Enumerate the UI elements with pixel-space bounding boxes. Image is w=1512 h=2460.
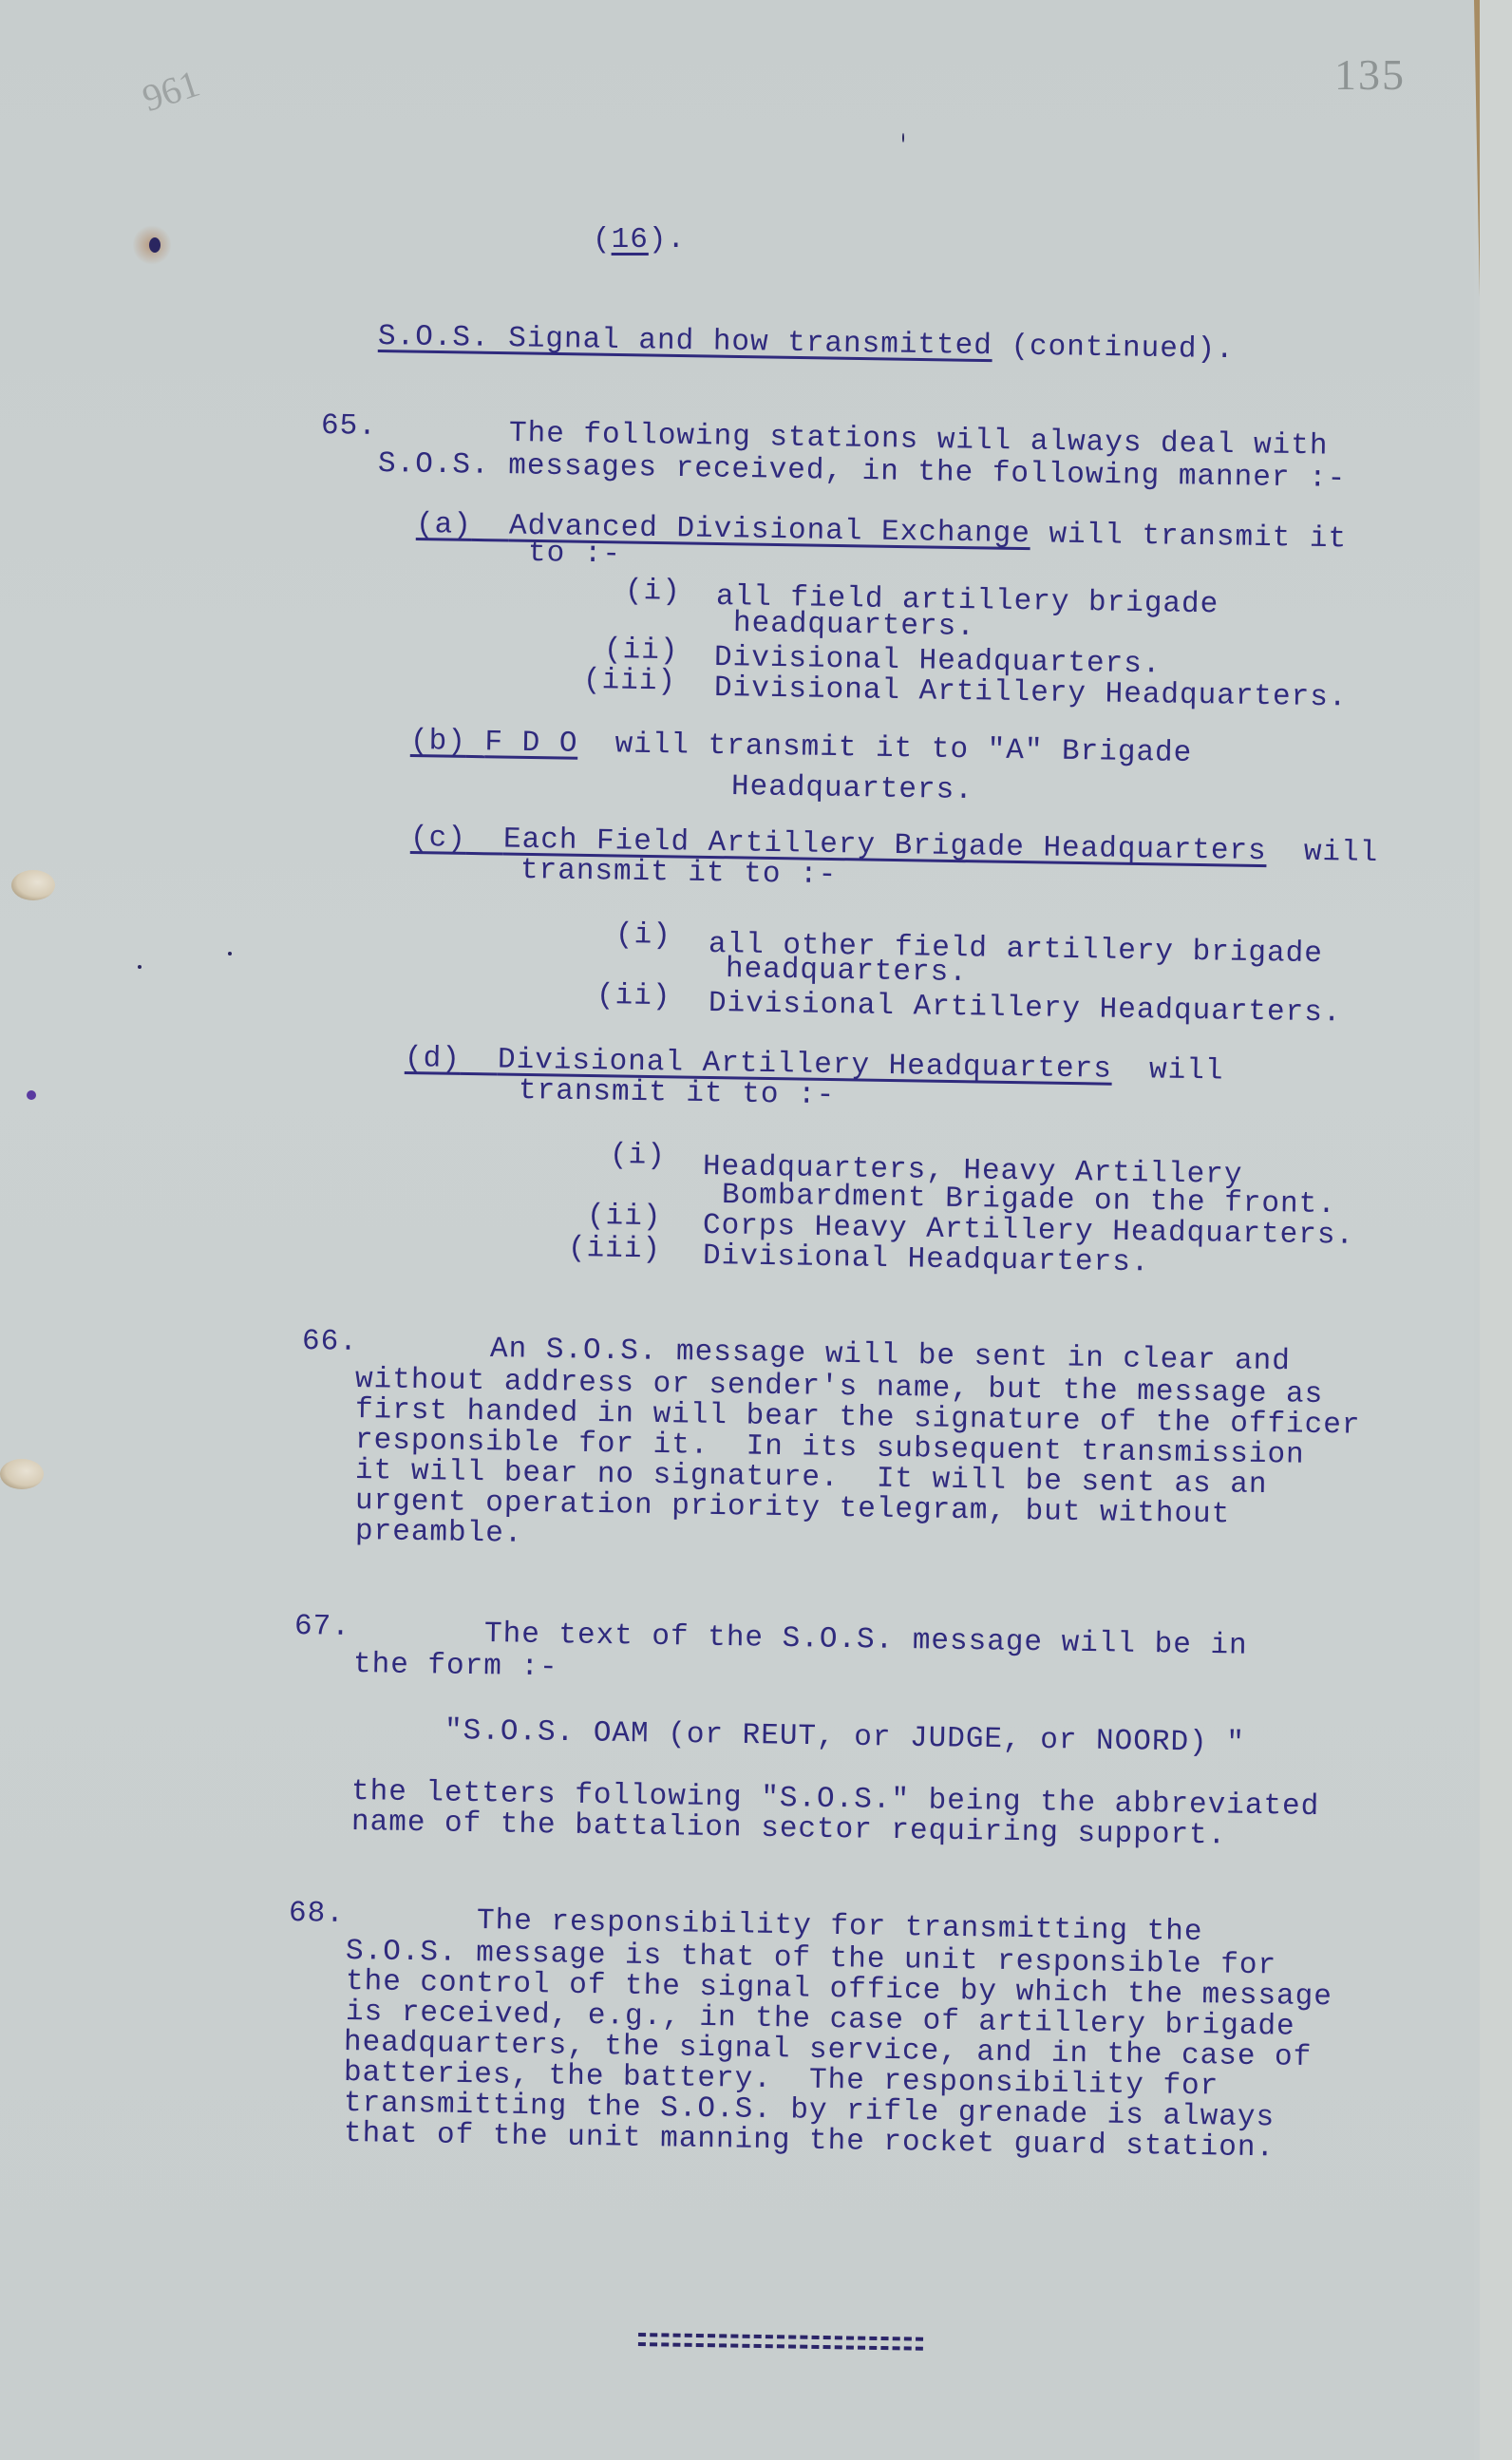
sub-num: (iii) <box>583 665 677 699</box>
sub-text-cont: headquarters. <box>726 954 968 990</box>
sub-num: (i) <box>625 576 681 609</box>
archive-number: 961 <box>137 61 205 121</box>
item-tail: will <box>1266 835 1378 870</box>
sub-text: Divisional Headquarters. <box>703 1240 1150 1279</box>
item-marker: (c) <box>410 822 466 856</box>
section-heading: S.O.S. Signal and how transmitted (conti… <box>378 321 1235 367</box>
sub-text-cont: headquarters. <box>733 608 975 644</box>
sub-num: (i) <box>610 1140 666 1173</box>
item-title: F D O <box>484 726 578 761</box>
para-66-line: preamble. <box>355 1516 523 1551</box>
punch-hole-icon <box>0 1459 44 1489</box>
punch-hole-icon <box>11 870 55 900</box>
ink-blot <box>27 1090 36 1100</box>
page-number: (16). <box>593 224 686 256</box>
ink-blot <box>149 237 161 253</box>
item-a-cont: to :- <box>528 538 622 572</box>
item-d-cont: transmit it to :- <box>519 1075 836 1112</box>
item-c-cont: transmit it to :- <box>520 855 838 892</box>
page-number-value: 16 <box>612 223 649 256</box>
ink-speck <box>138 965 142 969</box>
item-marker: (a) <box>416 508 472 542</box>
sub-text: Divisional Artillery Headquarters. <box>714 672 1348 714</box>
item-b: (b) F D O will transmit it to "A" Brigad… <box>410 726 1193 770</box>
sub-num: (ii) <box>587 1201 662 1234</box>
end-rule-divider <box>638 2333 923 2351</box>
heading-title: S.O.S. Signal and how transmitted <box>378 320 992 363</box>
document-page: 961 135 (16). S.O.S. Signal and how tran… <box>0 0 1474 2460</box>
para-65-number: 65. <box>321 410 377 444</box>
para-67-line: the form :- <box>353 1649 558 1684</box>
folio-number: 135 <box>1334 49 1406 100</box>
item-tail: will transmit it <box>1030 518 1348 556</box>
item-marker: (d) <box>405 1042 461 1076</box>
para-68-number: 68. <box>289 1898 345 1931</box>
para-67-line: The text of the S.O.S. message will be i… <box>484 1618 1248 1663</box>
ink-speck <box>902 133 904 142</box>
sub-num: (i) <box>615 919 671 953</box>
underlying-page <box>1480 0 1512 2460</box>
item-marker: (b) <box>410 725 466 759</box>
sub-text: Divisional Artillery Headquarters. <box>709 988 1342 1030</box>
sub-num: (ii) <box>604 634 679 668</box>
sos-message-format: "S.O.S. OAM (or REUT, or JUDGE, or NOORD… <box>444 1715 1245 1760</box>
ink-speck <box>228 952 232 956</box>
para-67-number: 67. <box>294 1611 350 1644</box>
heading-suffix: (continued). <box>992 330 1235 367</box>
sub-num: (ii) <box>596 980 671 1013</box>
item-b-cont: Headquarters. <box>731 771 973 807</box>
para-66-number: 66. <box>302 1326 358 1359</box>
item-tail: will transmit it to "A" Brigade <box>577 728 1192 770</box>
sub-num: (iii) <box>568 1233 662 1267</box>
item-tail: will <box>1112 1053 1224 1088</box>
